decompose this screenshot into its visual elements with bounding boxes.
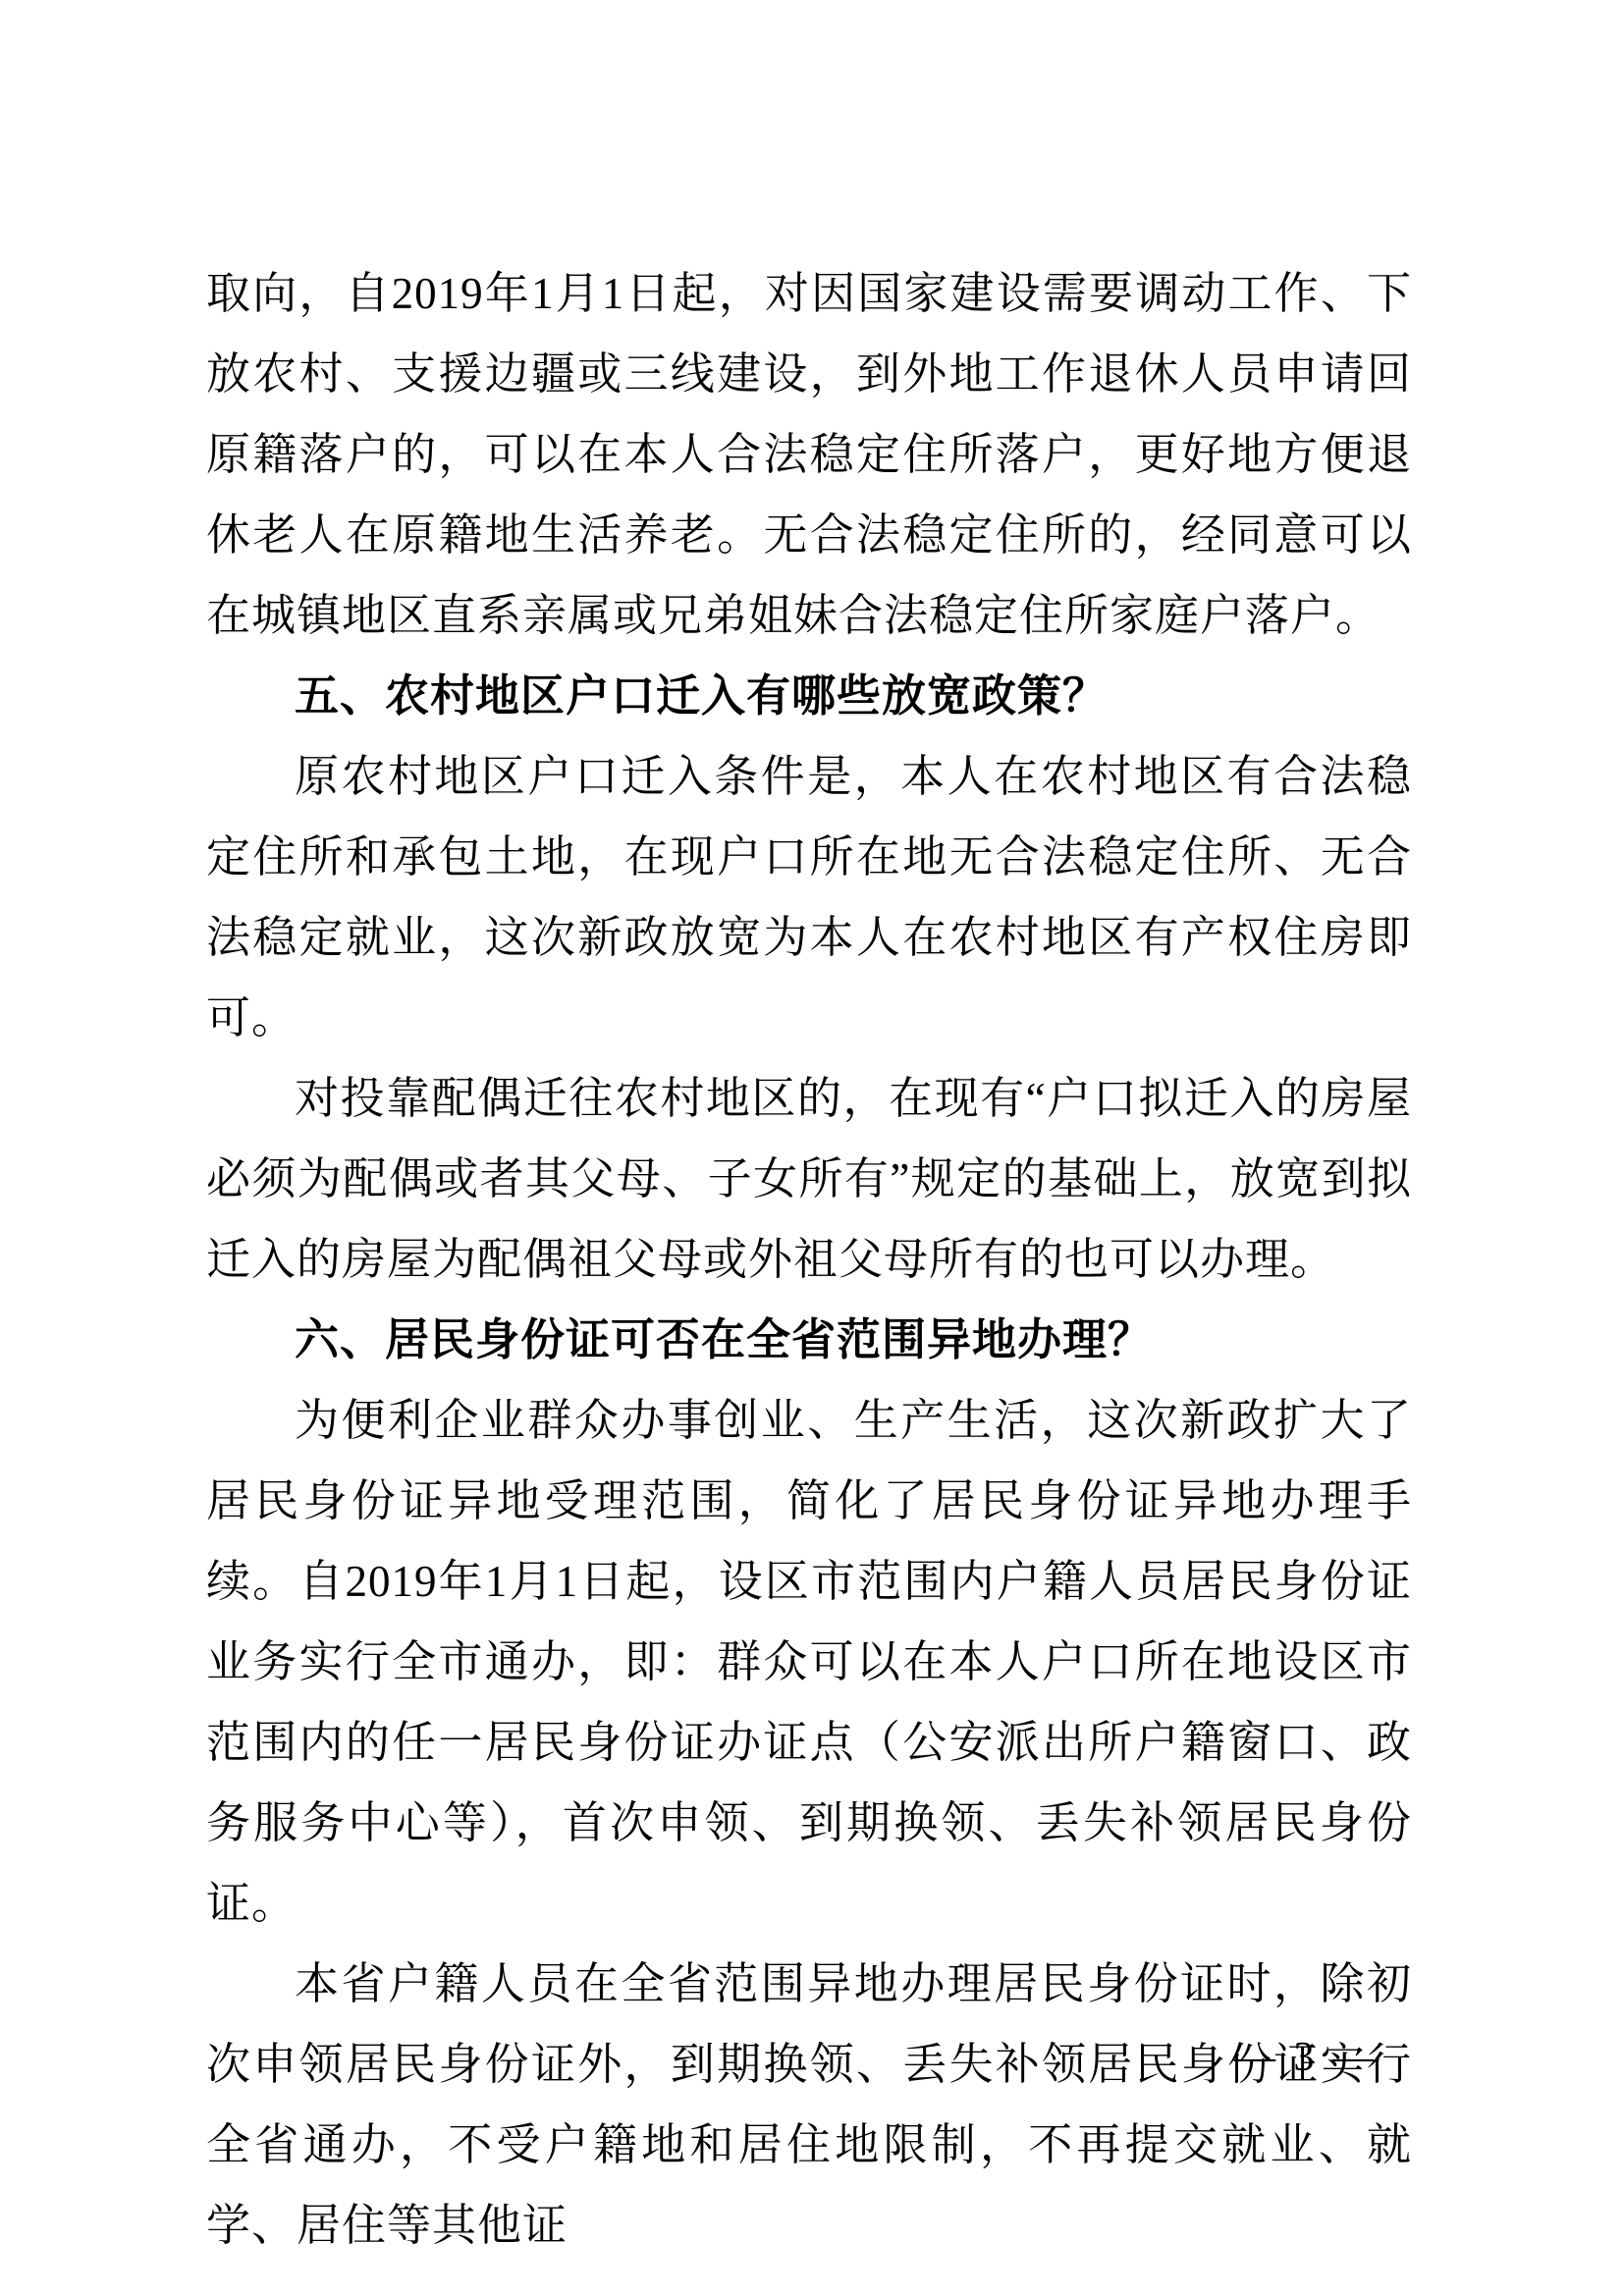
document-page: 取向，自2019年1月1日起，对因国家建设需要调动工作、下放农村、支援边疆或三线… [0,0,1624,2296]
paragraph-id-card-city-wide: 为便利企业群众办事创业、生产生活，这次新政扩大了居民身份证异地受理范围，简化了居… [206,1380,1412,1944]
paragraph-rural-hukou-conditions: 原农村地区户口迁入条件是，本人在农村地区有合法稳定住所和承包土地，在现户口所在地… [206,736,1412,1058]
paragraph-continued-from-previous-page: 取向，自2019年1月1日起，对因国家建设需要调动工作、下放农村、支援边疆或三线… [206,253,1412,656]
section-heading-5: 五、农村地区户口迁入有哪些放宽政策？ [206,656,1412,736]
section-heading-6: 六、居民身份证可否在全省范围异地办理？ [206,1300,1412,1380]
paragraph-spouse-relocation: 对投靠配偶迁往农村地区的，在现有“户口拟迁入的房屋必须为配偶或者其父母、子女所有… [206,1058,1412,1300]
page-number: — 3 — [1218,2034,1394,2081]
paragraph-id-card-province-wide: 本省户籍人员在全省范围异地办理居民身份证时，除初次申领居民身份证外，到期换领、丢… [206,1944,1412,2266]
document-body: 取向，自2019年1月1日起，对因国家建设需要调动工作、下放农村、支援边疆或三线… [206,253,1412,2266]
